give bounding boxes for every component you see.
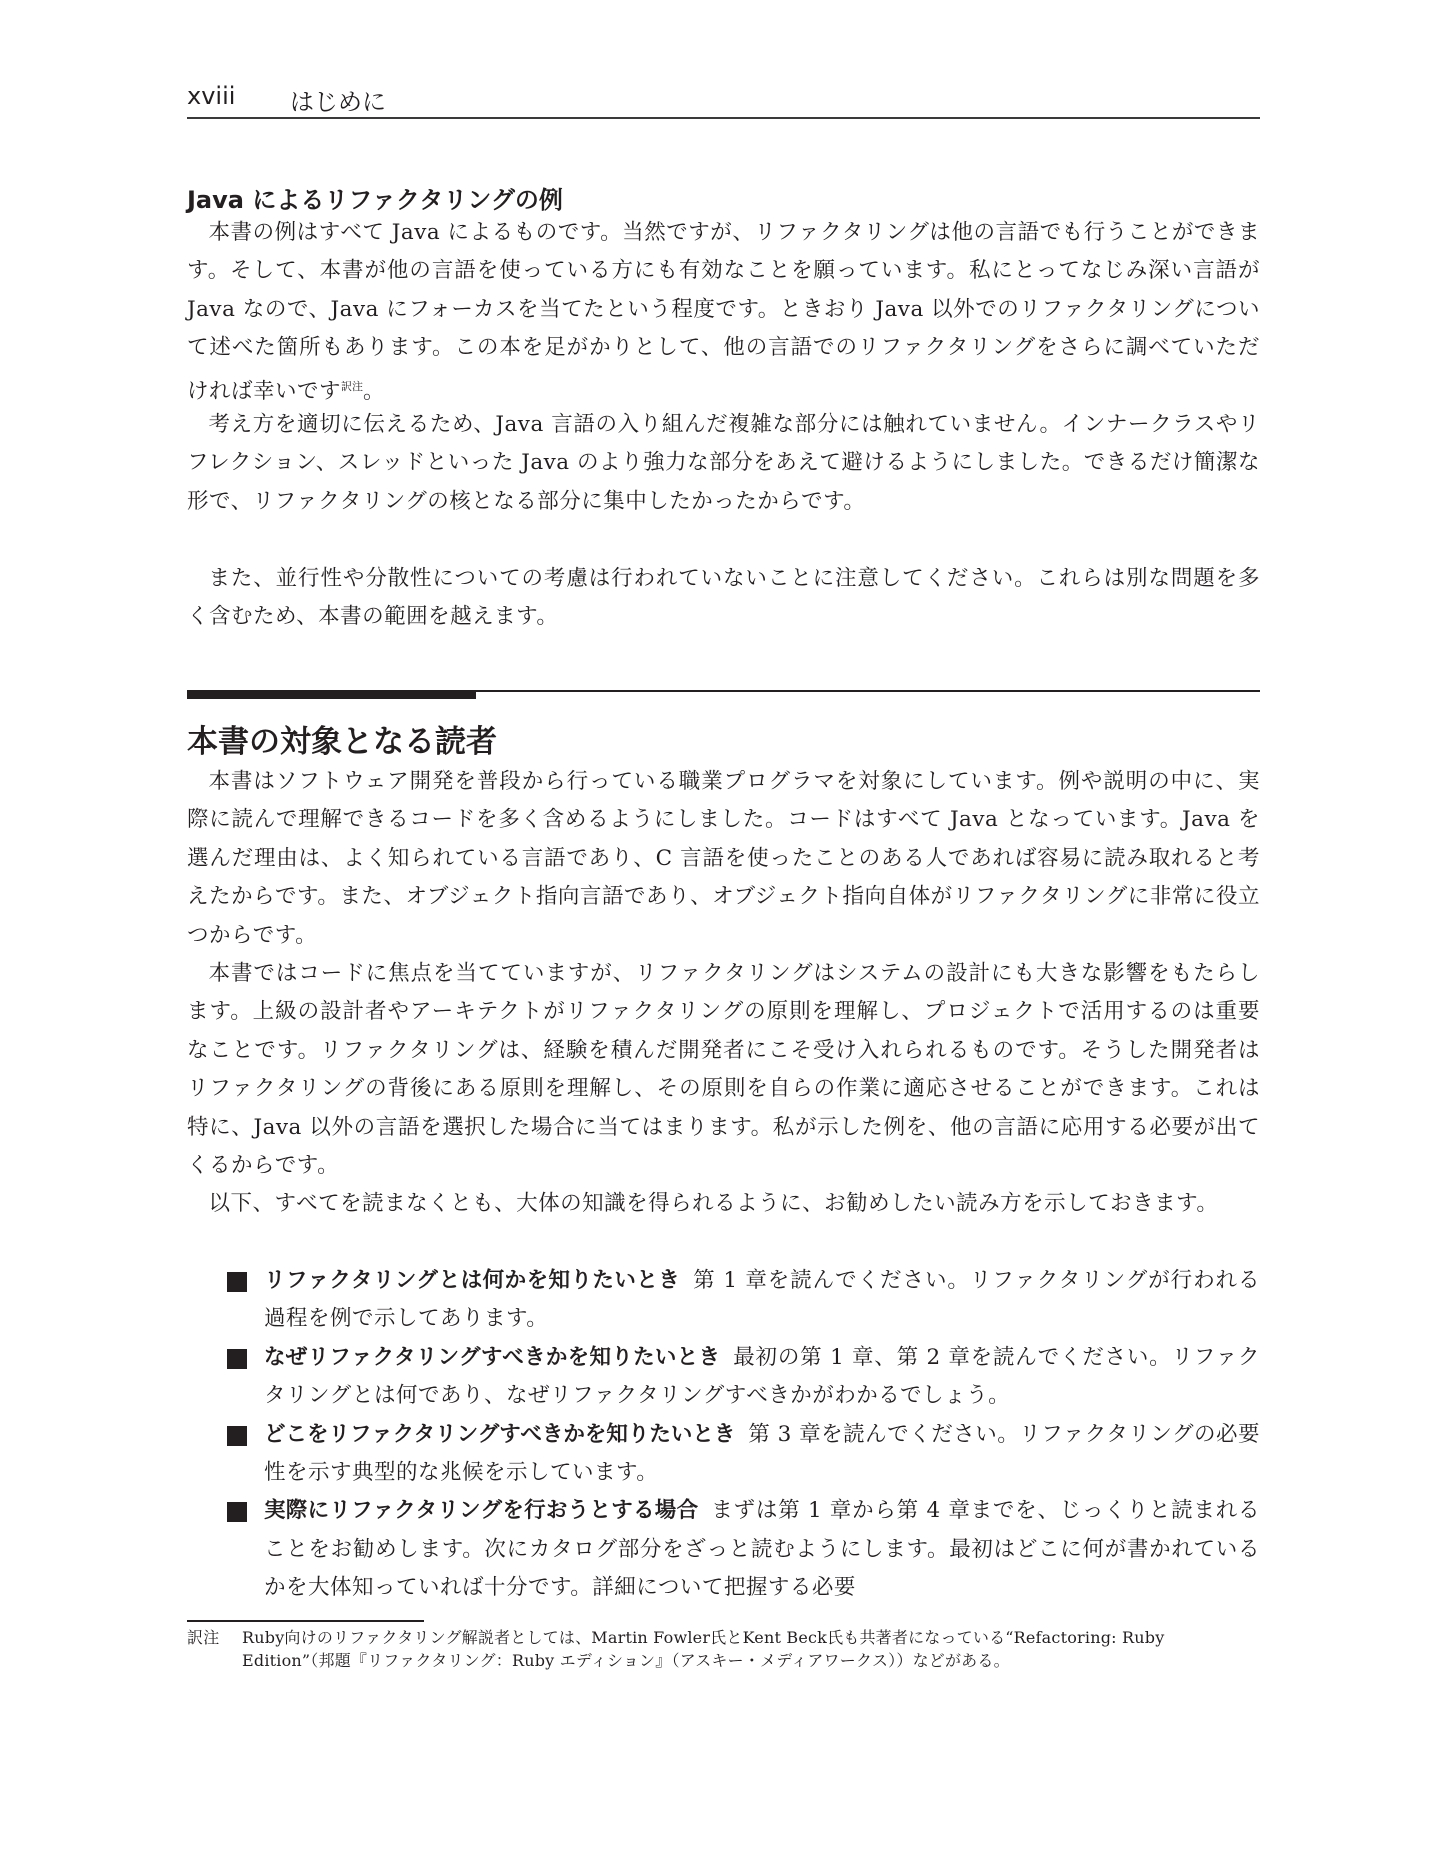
subsection-heading-java-examples: Java によるリファクタリングの例 [187, 180, 563, 215]
list-item: どこをリファクタリングすべきかを知りたいとき第 3 章を読んでください。リファク… [227, 1416, 1260, 1493]
square-bullet-icon [227, 1426, 247, 1446]
paragraph: 考え方を適切に伝えるため、Java 言語の入り組んだ複雑な部分には触れていません… [187, 406, 1260, 521]
section-heading-target-readers: 本書の対象となる読者 [187, 716, 497, 761]
footnote: 訳注 Ruby向けのリファクタリング解説者としては、Martin Fowler氏… [187, 1626, 1260, 1672]
square-bullet-icon [227, 1502, 247, 1522]
paragraph: また、並行性や分散性についての考慮は行われていないことに注意してください。これら… [187, 560, 1260, 637]
footnote-rule [187, 1620, 424, 1622]
footnote-mark: 訳注 [187, 1626, 219, 1649]
footnote-ref[interactable]: 訳注 [341, 380, 363, 393]
running-head: xviii はじめに [187, 78, 1260, 118]
paragraph-tail: 。 [363, 379, 385, 404]
list-item-lead: リファクタリングとは何かを知りたいとき [264, 1268, 680, 1293]
header-rule [187, 117, 1260, 119]
paragraph: 本書はソフトウェア開発を普段から行っている職業プログラマを対象にしています。例や… [187, 763, 1260, 955]
list-item: 実際にリファクタリングを行おうとする場合まずは第 1 章から第 4 章までを、じ… [227, 1492, 1260, 1607]
square-bullet-icon [227, 1349, 247, 1369]
reading-guide-list: リファクタリングとは何かを知りたいとき第 1 章を読んでください。リファクタリン… [227, 1262, 1260, 1608]
chapter-title: はじめに [290, 82, 386, 117]
page-number: xviii [187, 82, 235, 110]
paragraph: 以下、すべてを読まなくとも、大体の知識を得られるように、お勧めしたい読み方を示し… [187, 1185, 1260, 1223]
list-item: なぜリファクタリングすべきかを知りたいとき最初の第 1 章、第 2 章を読んでく… [227, 1339, 1260, 1416]
paragraph: 本書の例はすべて Java によるものです。当然ですが、リファクタリングは他の言… [187, 214, 1260, 411]
section-rule-accent [187, 690, 476, 699]
footnote-text: Ruby向けのリファクタリング解説者としては、Martin Fowler氏とKe… [242, 1626, 1260, 1672]
list-item-lead: 実際にリファクタリングを行おうとする場合 [264, 1498, 698, 1523]
list-item-lead: どこをリファクタリングすべきかを知りたいとき [264, 1422, 735, 1447]
list-item-lead: なぜリファクタリングすべきかを知りたいとき [264, 1345, 720, 1370]
paragraph: 本書ではコードに焦点を当てていますが、リファクタリングはシステムの設計にも大きな… [187, 955, 1260, 1185]
square-bullet-icon [227, 1272, 247, 1292]
paragraph-text: 本書の例はすべて Java によるものです。当然ですが、リファクタリングは他の言… [187, 220, 1260, 404]
list-item: リファクタリングとは何かを知りたいとき第 1 章を読んでください。リファクタリン… [227, 1262, 1260, 1339]
